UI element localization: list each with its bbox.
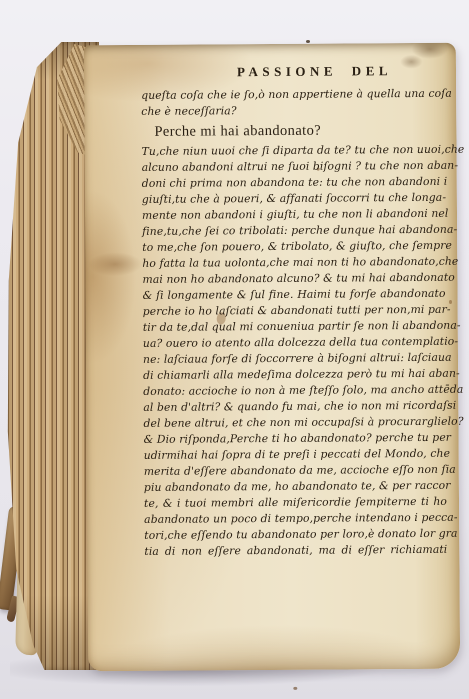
fox-spot (449, 300, 452, 304)
intro-paragraph: queſta coſa che ie ſo,ò non appertiene à… (141, 86, 444, 120)
photo-backdrop: PASSIONE DEL queſta coſa che ie ſo,ò non… (0, 0, 469, 699)
fox-spot (306, 40, 310, 43)
fox-spot (293, 687, 297, 690)
text-line: che è neceſſaria? (141, 102, 444, 120)
running-header: PASSIONE DEL (141, 63, 444, 81)
text-line: queſta coſa che ie ſo,ò non appertiene à… (141, 86, 444, 104)
section-heading: Perche mi hai abandonato? (141, 121, 444, 142)
book-page: PASSIONE DEL queſta coſa che ie ſo,ò non… (84, 43, 460, 672)
body-paragraph: Tu,che niun uuoi che ſi diparta da te? t… (142, 142, 448, 560)
text-block: PASSIONE DEL queſta coſa che ie ſo,ò non… (141, 63, 447, 560)
text-line: tia di non eſſere abandonati, ma di eſſe… (144, 542, 447, 560)
